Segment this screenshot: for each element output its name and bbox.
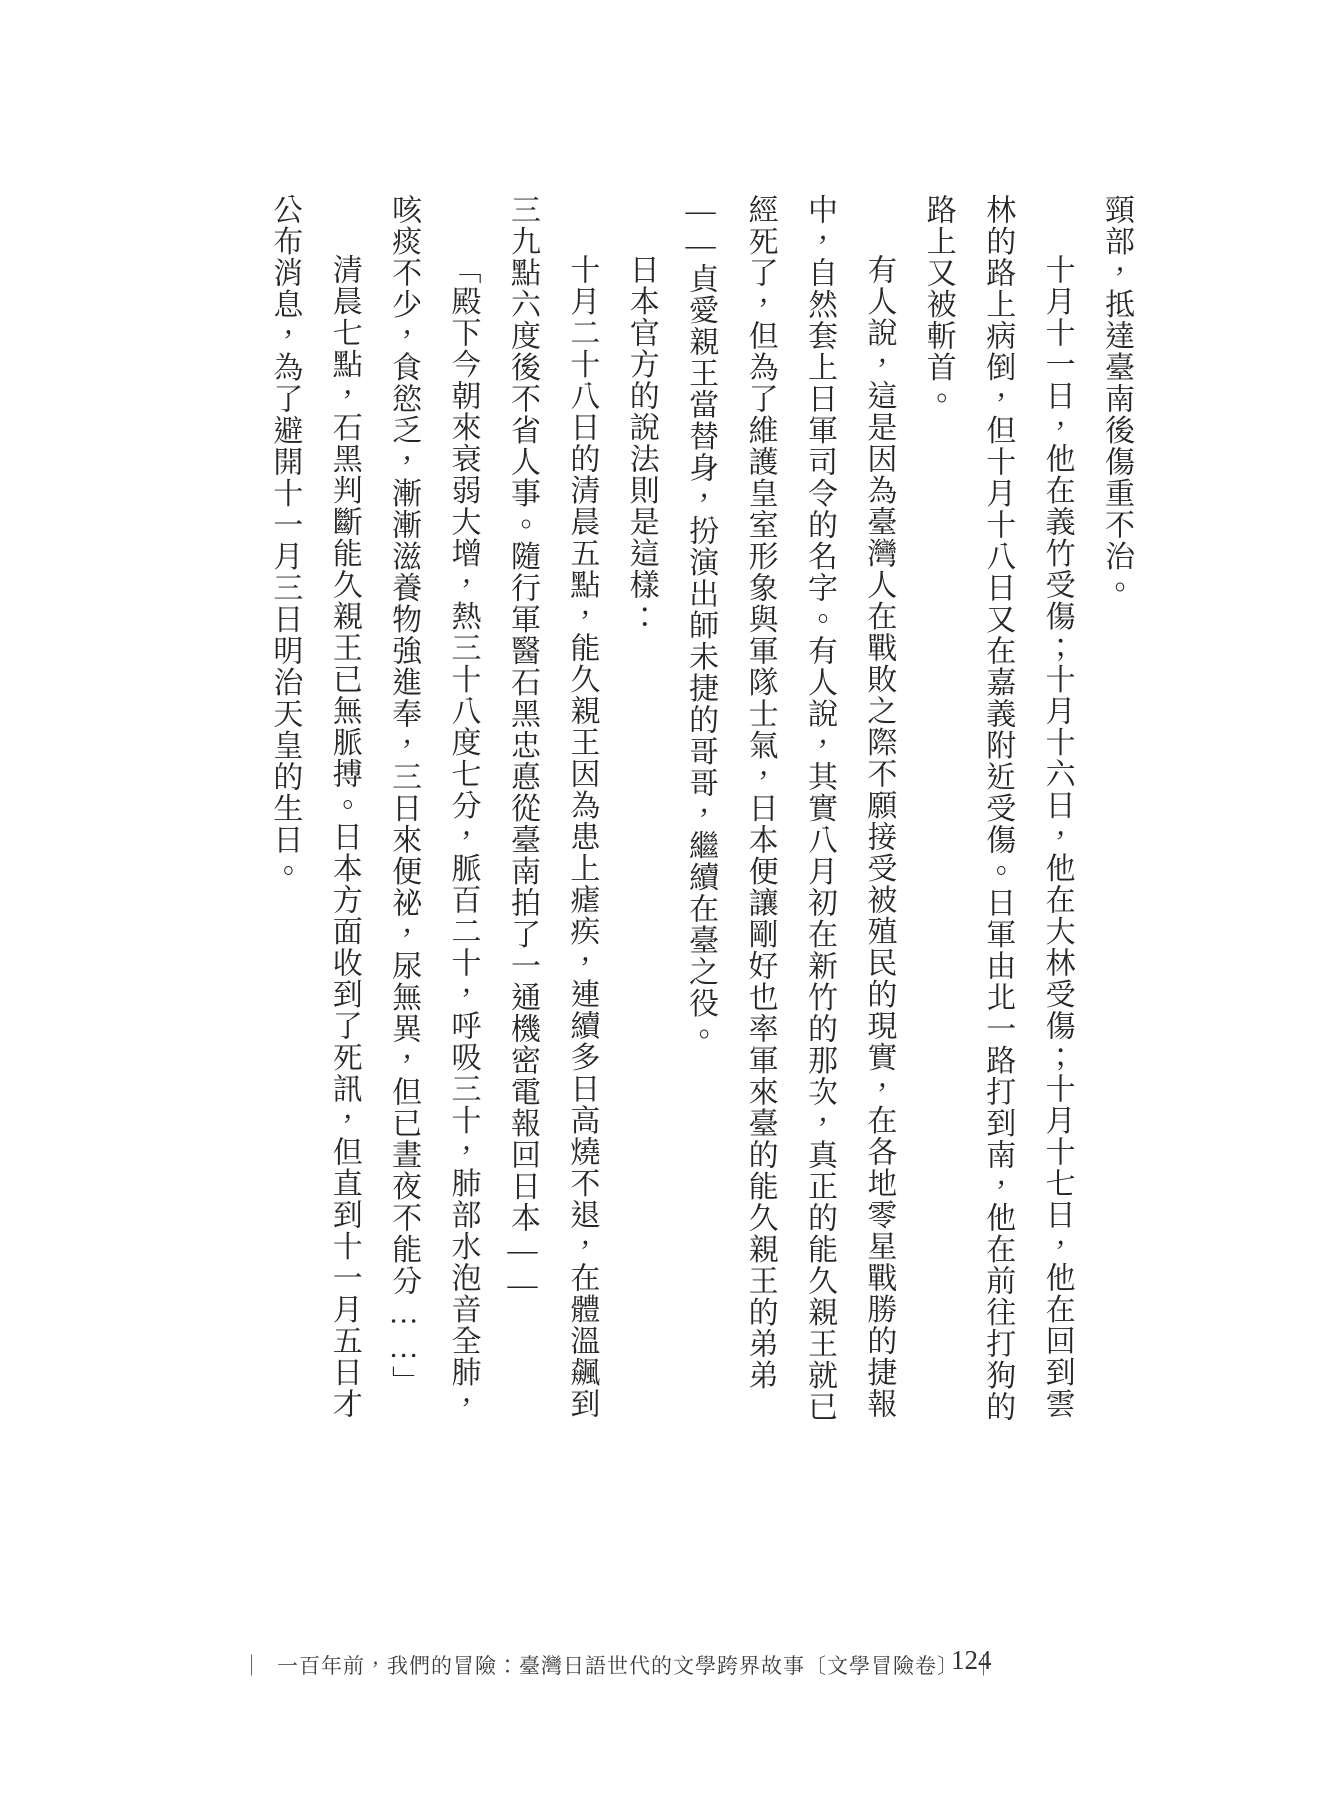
- page-body-vertical-text: 頸部，抵達臺南後傷重不治。 十月十一日，他在義竹受傷；十月十六日，他在大林受傷；…: [255, 194, 1146, 1438]
- page-number: 124: [951, 1645, 992, 1676]
- paragraph-quote: 「殿下今朝來衰弱大增，熱三十八度七分，脈百二十，呼吸三十，肺部水泡音全肺，咳痰不…: [374, 194, 493, 1438]
- footer-separator-left: ｜: [241, 1650, 263, 1680]
- book-footer: ｜ 一百年前，我們的冒險：臺灣日語世代的文學跨界故事〔文學冒險卷〕 ｜: [241, 1650, 995, 1680]
- footer-book-title: 一百年前，我們的冒險：臺灣日語世代的文學跨界故事〔文學冒險卷〕: [277, 1650, 959, 1680]
- paragraph: 頸部，抵達臺南後傷重不治。: [1087, 194, 1146, 1438]
- paragraph: 清晨七點，石黑判斷能久親王已無脈搏。日本方面收到了死訊，但直到十一月五日才公布消…: [255, 194, 374, 1438]
- paragraph: 十月二十八日的清晨五點，能久親王因為患上瘧疾，連續多日高燒不退，在體溫飆到三九點…: [493, 194, 612, 1438]
- paragraph: 十月十一日，他在義竹受傷；十月十六日，他在大林受傷；十月十七日，他在回到雲林的路…: [908, 194, 1086, 1438]
- paragraph: 日本官方的說法則是這樣：: [611, 194, 670, 1438]
- paragraph: 有人說，這是因為臺灣人在戰敗之際不願接受被殖民的現實，在各地零星戰勝的捷報中，自…: [671, 194, 909, 1438]
